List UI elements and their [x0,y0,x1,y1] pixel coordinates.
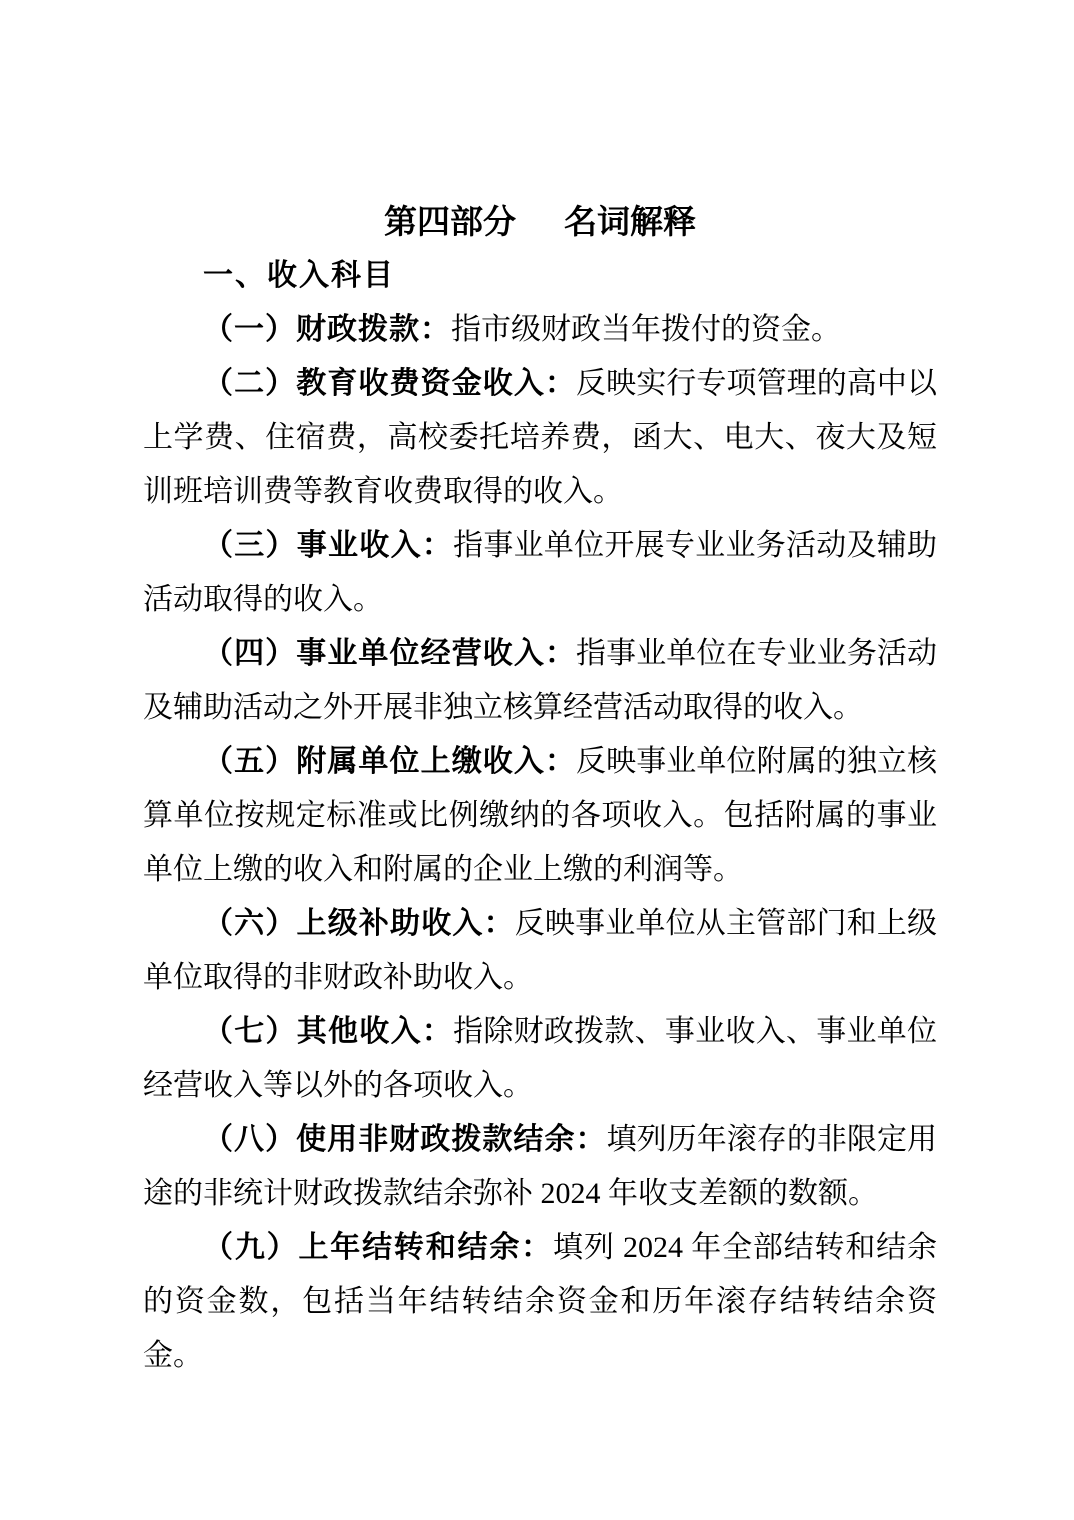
item-term: （六）上级补助收入： [203,907,515,940]
item-term: （七）其他收入： [203,1015,453,1048]
page-title-part2: 名词解释 [564,203,696,240]
document-page: 第四部分名词解释 一、收入科目 （一）财政拨款：指市级财政当年拨付的资金。 （二… [0,0,1074,1520]
glossary-item-2: （二）教育收费资金收入：反映实行专项管理的高中以上学费、住宿费，高校委托培养费，… [143,357,937,519]
glossary-item-5: （五）附属单位上缴收入：反映事业单位附属的独立核算单位按规定标准或比例缴纳的各项… [143,735,937,897]
glossary-item-8: （八）使用非财政拨款结余：填列历年滚存的非限定用途的非统计财政拨款结余弥补 20… [143,1113,937,1221]
page-title: 第四部分名词解释 [143,195,937,249]
glossary-item-1: （一）财政拨款：指市级财政当年拨付的资金。 [143,303,937,357]
glossary-item-7: （七）其他收入：指除财政拨款、事业收入、事业单位经营收入等以外的各项收入。 [143,1005,937,1113]
item-term: （四）事业单位经营收入： [203,637,576,670]
item-term: （九）上年结转和结余： [203,1231,553,1264]
page-title-part1: 第四部分 [384,203,516,240]
section-heading-income-categories: 一、收入科目 [143,249,937,303]
item-term: （二）教育收费资金收入： [203,367,576,400]
item-term: （五）附属单位上缴收入： [203,745,576,778]
glossary-item-4: （四）事业单位经营收入：指事业单位在专业业务活动及辅助活动之外开展非独立核算经营… [143,627,937,735]
glossary-item-3: （三）事业收入：指事业单位开展专业业务活动及辅助活动取得的收入。 [143,519,937,627]
item-term: （一）财政拨款： [203,313,451,346]
item-definition: 指市级财政当年拨付的资金。 [451,313,841,346]
glossary-item-9: （九）上年结转和结余：填列 2024 年全部结转和结余的资金数，包括当年结转结余… [143,1221,937,1383]
item-term: （三）事业收入： [203,529,453,562]
glossary-item-6: （六）上级补助收入：反映事业单位从主管部门和上级单位取得的非财政补助收入。 [143,897,937,1005]
item-term: （八）使用非财政拨款结余： [203,1123,607,1156]
